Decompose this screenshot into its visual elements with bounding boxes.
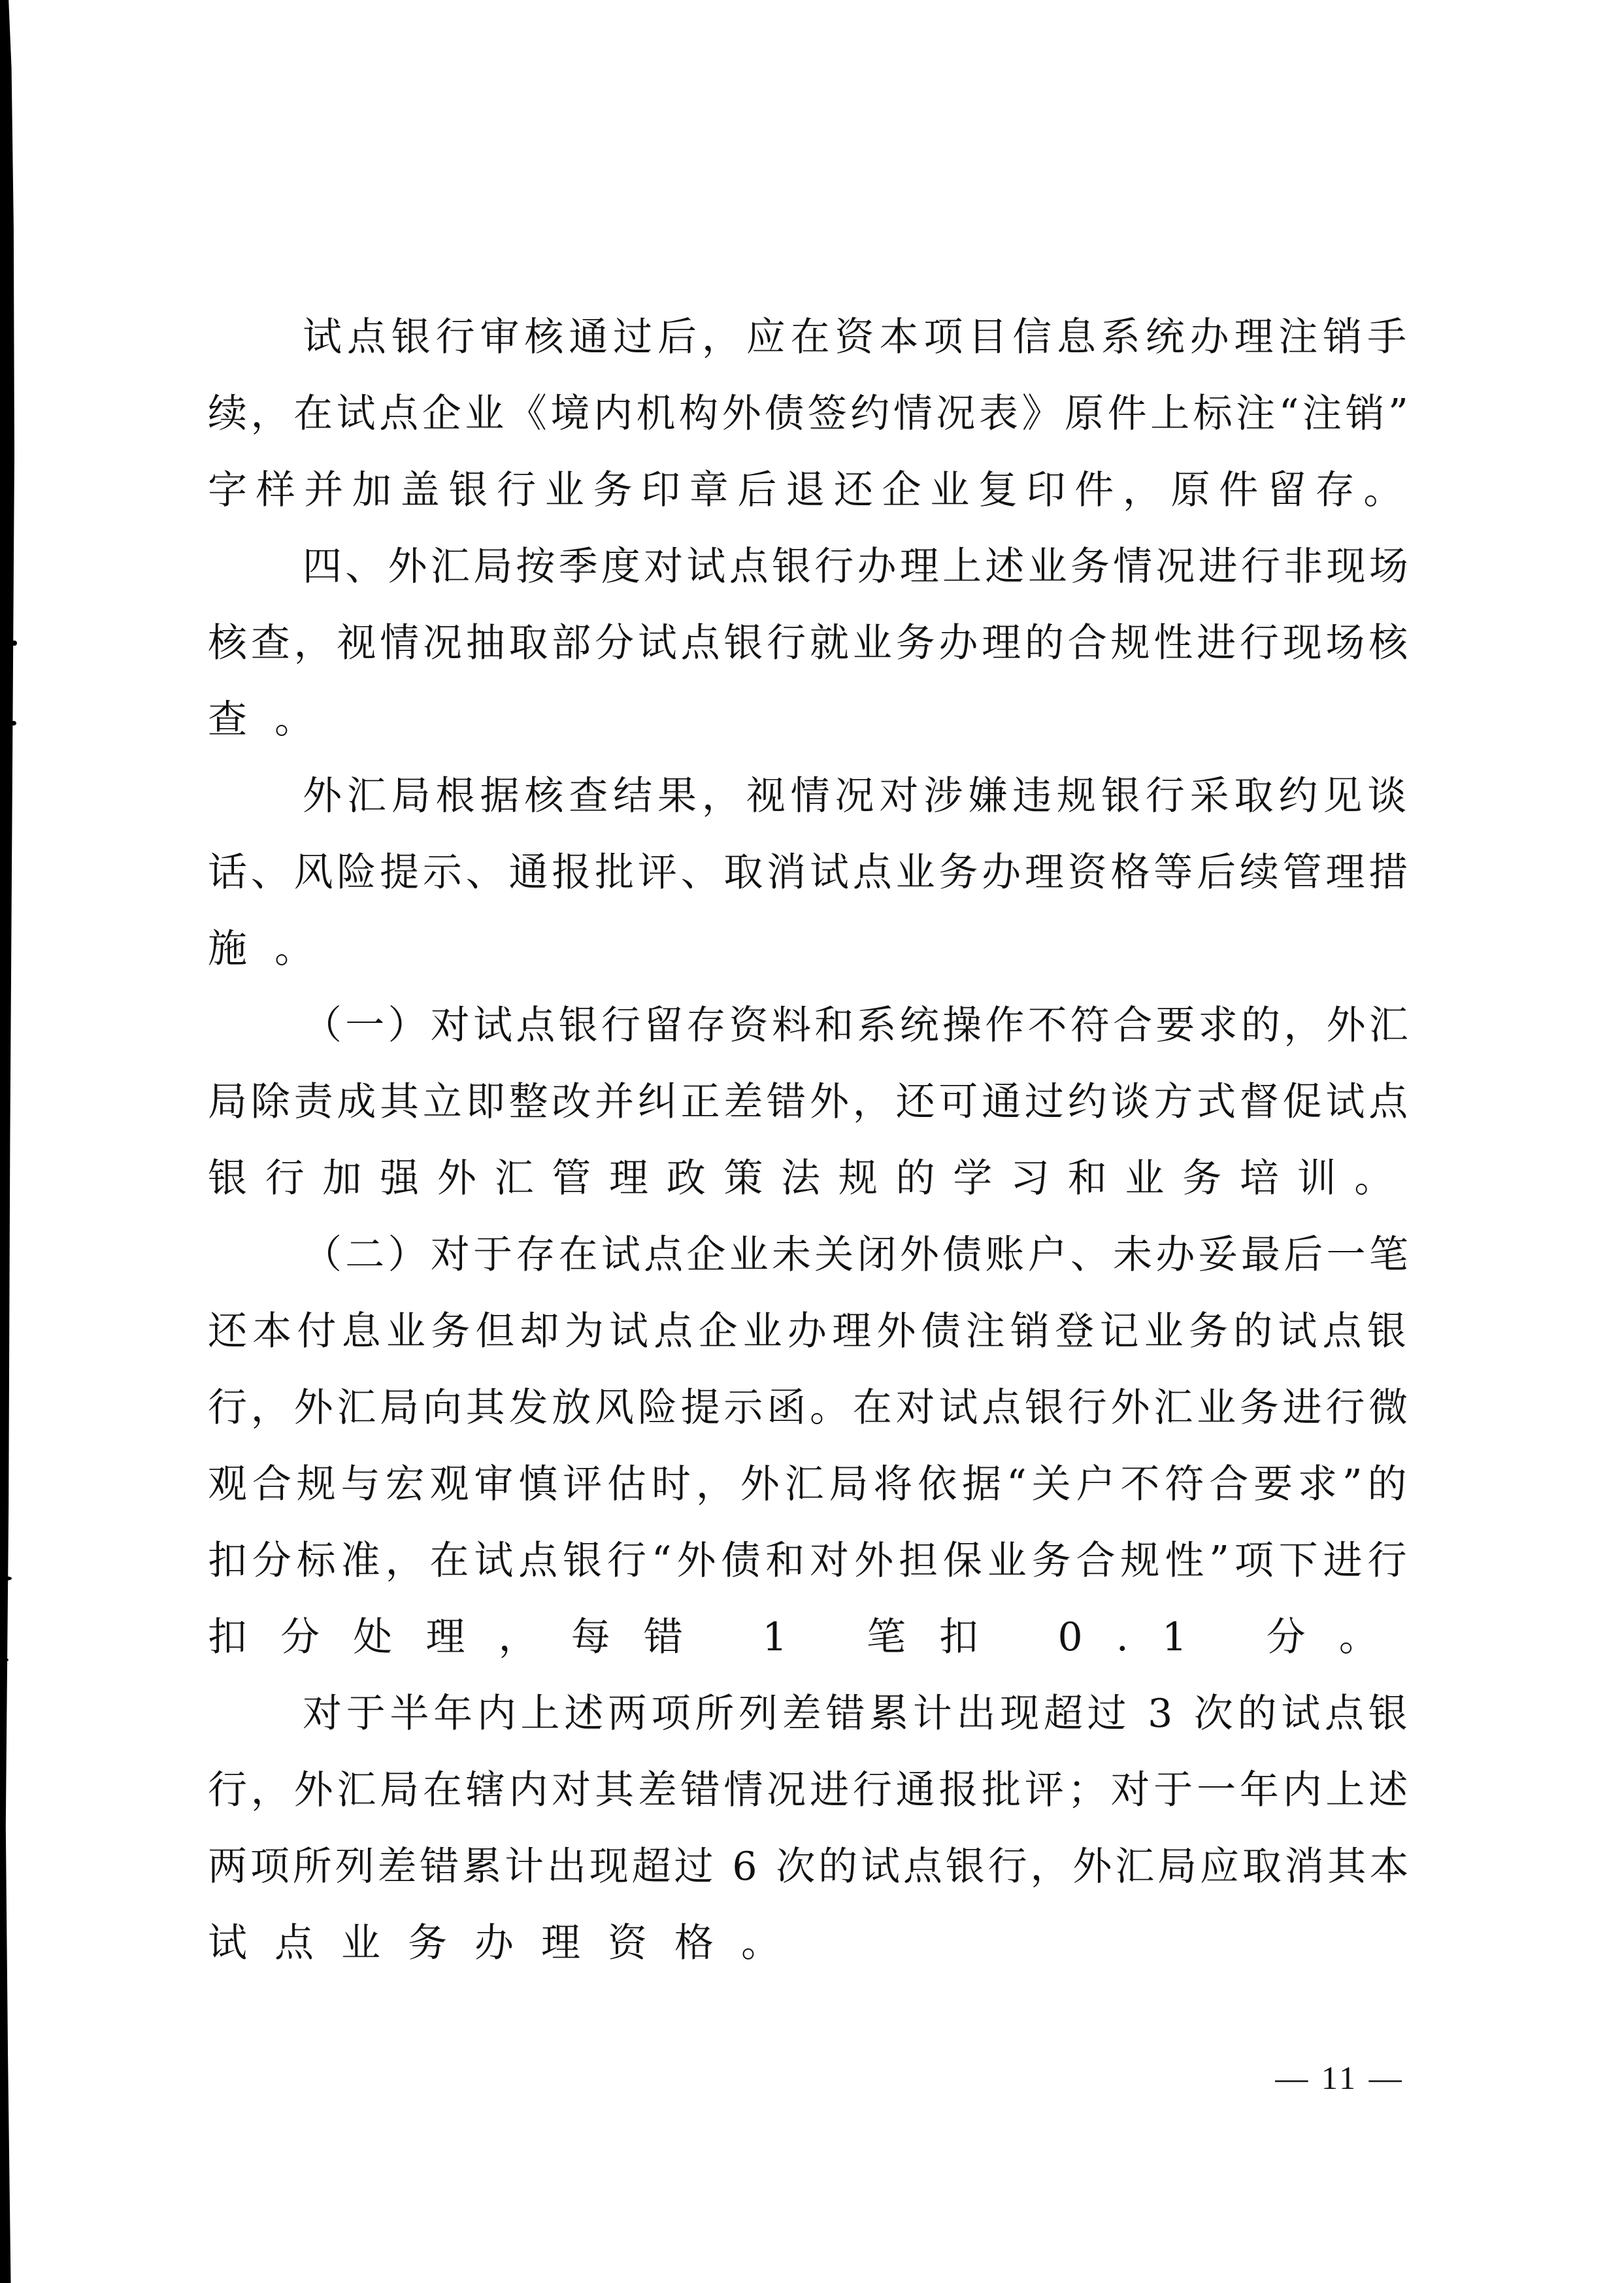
paragraph-5-line-3: 行，外汇局向其发放风险提示函。在对试点银行外汇业务进行微 — [208, 1382, 1412, 1434]
paragraph-2-line-3: 查。 — [208, 693, 341, 746]
paragraph-4-line-2: 局除责成其立即整改并纠正差错外，还可通过约谈方式督促试点 — [208, 1076, 1412, 1128]
paragraph-6-line-1: 对于半年内上述两项所列差错累计出现超过 3 次的试点银 — [303, 1688, 1412, 1740]
paragraph-3-line-2: 话、风险提示、通报批评、取消试点业务办理资格等后续管理措 — [208, 846, 1412, 899]
paragraph-5-line-2: 还本付息业务但却为试点企业办理外债注销登记业务的试点银 — [208, 1305, 1412, 1358]
scan-speck — [11, 721, 16, 725]
paragraph-1-line-1: 试点银行审核通过后，应在资本项目信息系统办理注销手 — [303, 311, 1412, 363]
paragraph-6-line-2: 行，外汇局在辖内对其差错情况进行通报批评；对于一年内上述 — [208, 1764, 1412, 1816]
paragraph-5-line-1: （二）对于存在试点企业未关闭外债账户、未办妥最后一笔 — [303, 1229, 1412, 1281]
scan-edge-shadow — [0, 0, 14, 2283]
page-number: — 11 — — [1258, 2059, 1421, 2097]
paragraph-5-line-4: 观合规与宏观审慎评估时，外汇局将依据“关户不符合要求”的 — [208, 1458, 1412, 1510]
paragraph-3-line-1: 外汇局根据核查结果，视情况对涉嫌违规银行采取约见谈 — [303, 770, 1412, 822]
paragraph-1-line-3: 字样并加盖银行业务印章后退还企业复印件，原件留存。 — [208, 464, 1412, 516]
paragraph-6-line-3: 两项所列差错累计出现超过 6 次的试点银行，外汇局应取消其本 — [208, 1841, 1412, 1893]
scan-speck — [3, 1576, 12, 1580]
paragraph-2-line-1: 四、外汇局按季度对试点银行办理上述业务情况进行非现场 — [303, 541, 1412, 593]
paragraph-2-line-2: 核查，视情况抽取部分试点银行就业务办理的合规性进行现场核 — [208, 617, 1412, 669]
scan-speck — [12, 641, 17, 646]
paragraph-3-line-3: 施。 — [208, 923, 341, 975]
paragraph-4-line-3: 银行加强外汇管理政策法规的学习和业务培训。 — [208, 1152, 1412, 1205]
paragraph-1-line-2: 续，在试点企业《境内机构外债签约情况表》原件上标注“注销” — [208, 388, 1412, 440]
scan-speck — [3, 1658, 8, 1661]
paragraph-5-line-5: 扣分标准，在试点银行“外债和对外担保业务合规性”项下进行 — [208, 1535, 1412, 1587]
paragraph-5-line-6: 扣分处理，每错 1 笔扣 0.1 分。 — [208, 1611, 1412, 1663]
paragraph-4-line-1: （一）对试点银行留存资料和系统操作不符合要求的，外汇 — [303, 999, 1412, 1052]
paragraph-6-line-4: 试点业务办理资格。 — [208, 1917, 808, 1969]
